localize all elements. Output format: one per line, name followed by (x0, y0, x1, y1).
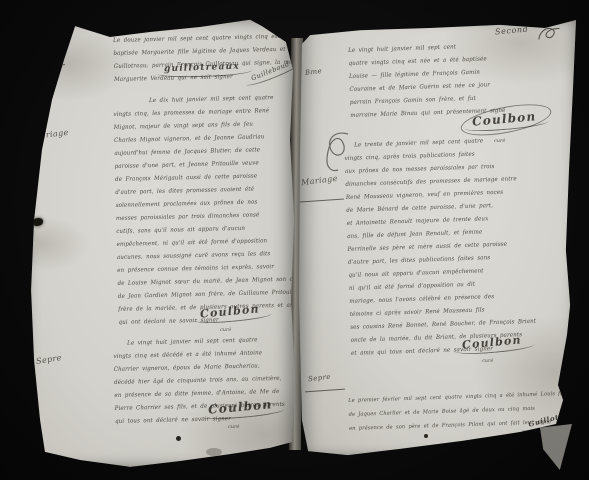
page-left: Bme Le douze janvier mil sept cent quatr… (24, 18, 296, 470)
signature: guillotreaux (164, 62, 240, 75)
signature-title: curé (220, 327, 231, 333)
margin-note-marriage: Mariage (32, 128, 70, 141)
page-header-second: Second (495, 25, 529, 37)
margin-note-burial: Sepre (308, 373, 332, 384)
page-right: Second Bme Le vingt huit janvier mil sep… (296, 16, 578, 460)
margin-note-baptism: Bme (42, 50, 60, 60)
margin-note-baptism: Bme (305, 67, 323, 77)
record-marriage-text: Le dix huit janvier mil sept cent quatre… (113, 91, 320, 330)
signature-title: curé (228, 424, 239, 430)
signature-title: curé (482, 358, 493, 364)
ink-stain (176, 436, 181, 441)
margin-note-underline (300, 198, 344, 202)
underlying-page-corner (540, 424, 572, 470)
margin-note-marriage: Mariage (301, 174, 339, 187)
manuscript-scan: Bme Le douze janvier mil sept cent quatr… (0, 0, 589, 480)
paraph-icon (535, 22, 563, 43)
margin-note-burial: Sepre (35, 353, 62, 366)
record-marriage-text: Le trente de janvier mil sept cent quatr… (344, 133, 551, 361)
ink-stain (32, 218, 43, 226)
margin-note-underline (39, 64, 65, 67)
paper-smudge (206, 448, 222, 456)
signature-priest: Coulbon (472, 109, 537, 129)
ink-stain (424, 434, 428, 438)
margin-note-underline (305, 389, 345, 393)
